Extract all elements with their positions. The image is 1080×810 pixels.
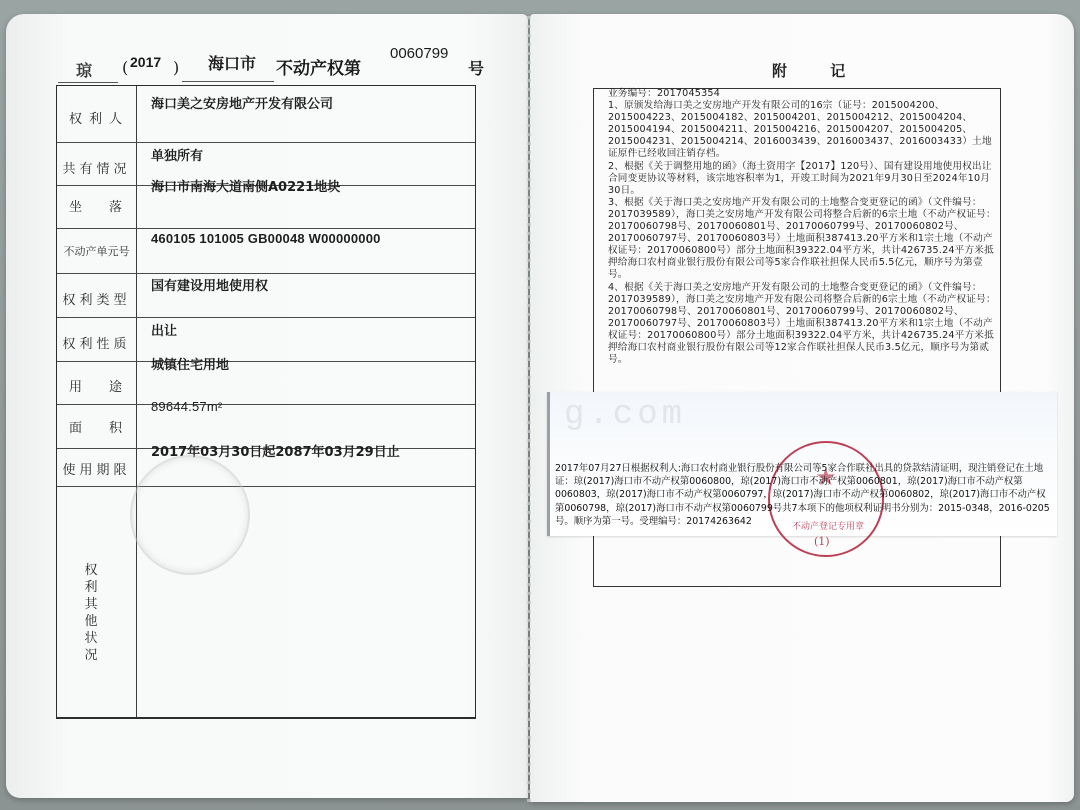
table-row: 使用期限 2017年03月30日起2087年03月29日止 [57,449,475,487]
table-row: 权利人 权利人 海口美之安房地产开发有限公司 [57,86,475,143]
field-value-location: 海口市南海大道南侧A0221地块 [151,176,340,195]
certificate-suffix: 号 [468,56,484,79]
field-value-right-nature: 出让 [151,320,177,339]
paren-open: ( [122,58,128,77]
field-label: 共有情况 [57,158,136,177]
certificate-title: 琼 ( 2017 ) 海口市 不动产权第 0060799 号 [50,44,490,84]
underline [58,82,118,83]
field-value-usage: 城镇住宅用地 [151,354,229,373]
field-value-owner: 海口美之安房地产开发有限公司 [151,93,333,112]
table-row: 权利性质 出让 [57,318,475,362]
annex-item: 3、根据《关于海口美之安房地产开发有限公司的土地整合变更登记的函》（文件编号：2… [608,197,996,282]
field-label: 使用期限 [57,459,136,478]
field-value-area: 89644.57m² [151,399,222,414]
field-label-other-rights: 权利其他状况 [82,562,100,664]
certificate-label: 不动产权第 [276,54,361,79]
field-label: 不动产单元号 [57,243,136,259]
table-row: 不动产单元号 460105 101005 GB00048 W00000000 [57,229,475,274]
field-label: 面积 [57,417,136,436]
cancellation-text: 2017年07月27日根据权利人:海口农村商业银行股份有限公司等5家合作联社出具… [555,462,1055,528]
field-label: 权利类型 [57,289,136,308]
field-value-coownership: 单独所有 [151,145,203,164]
province-abbr: 琼 [76,58,92,81]
embossed-seal [130,455,250,575]
business-number: 业务编号：2017045354 [608,88,996,100]
field-label: 权利人 [57,108,136,127]
field-label: 权利性质 [57,333,136,352]
table-row: 坐落 海口市南海大道南侧A0221地块 [57,186,475,229]
certificate-city: 海口市 [208,51,256,74]
paren-close: ) [173,58,179,77]
field-label: 用途 [57,376,136,395]
table-row: 权利类型 国有建设用地使用权 [57,274,475,318]
annex-item: 4、根据《关于海口美之安房地产开发有限公司的土地整合变更登记的函》（文件编号：2… [608,282,996,367]
table-row: 权利其他状况 [57,487,475,719]
annex-title: 附 记 [772,60,845,81]
property-info-table: 权利人 权利人 海口美之安房地产开发有限公司 共有情况 单独所有 坐落 海口市南… [56,85,476,719]
field-value-unit-number: 460105 101005 GB00048 W00000000 [151,231,381,246]
watermark: g.com [564,396,686,434]
underline [182,81,274,82]
seal-number: (1) [814,535,830,548]
book-spine [527,16,531,802]
field-label: 坐落 [57,196,136,215]
field-value-right-type: 国有建设用地使用权 [151,275,268,294]
certificate-number: 0060799 [390,45,448,62]
annex-item: 1、原颁发给海口美之安房地产开发有限公司的16宗（证号：2015004200、2… [608,100,996,160]
annex-notes: 业务编号：2017045354 1、原颁发给海口美之安房地产开发有限公司的16宗… [608,88,996,366]
table-row: 用途 城镇住宅用地 [57,362,475,405]
annex-item: 2、根据《关于调整用地的函》（海土资用字【2017】120号）、国有建设用地使用… [608,161,996,197]
certificate-year: 2017 [130,54,161,70]
